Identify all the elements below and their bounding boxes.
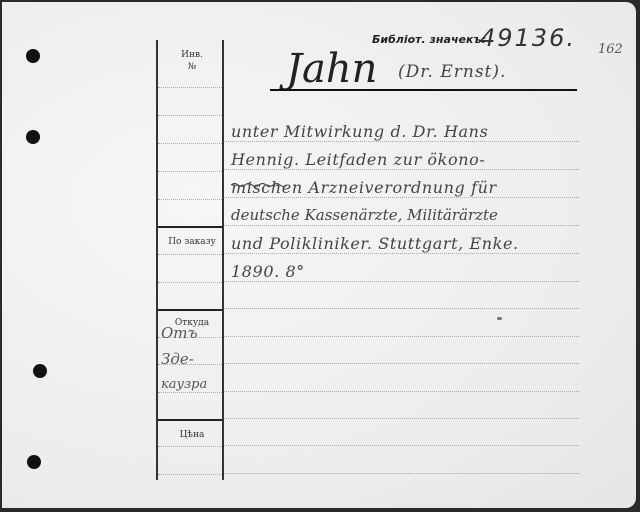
shelf-mark-number: 49136. [480,24,576,52]
corner-note: 162 [598,42,623,57]
row-rule [224,141,579,142]
entry-line-1: unter Mitwirkung d. Dr. Hans [231,122,488,141]
catalog-card: Инв. № По заказу Откуда Цѣна Отъ Зде- ка… [2,2,636,508]
column-rule-left [156,40,158,480]
inventory-number-label: № [159,62,225,72]
row-rule [224,308,579,309]
shelf-mark-label: Библiот. значекъ: [372,33,486,46]
source-note-line-1: Отъ [161,324,198,342]
punch-hole [26,49,40,63]
row-rule [158,282,222,283]
row-rule [158,143,222,144]
row-rule [224,225,579,226]
row-rule [224,391,579,392]
entry-line-3: mischen Arzneiverordnung für [231,178,497,197]
author-underline [270,89,577,91]
row-rule [224,253,579,254]
order-label: По заказу [159,237,225,247]
row-rule [224,169,579,170]
section-divider [158,226,222,228]
row-rule [224,197,579,198]
row-rule [224,363,579,364]
author-detail: (Dr. Ernst). [398,62,506,82]
row-rule [158,171,222,172]
row-rule [224,418,579,419]
section-divider [158,309,222,311]
source-note-line-2: Зде- [161,350,194,368]
price-label: Цѣна [159,430,225,440]
author-surname: Jahn [286,46,377,92]
section-divider [158,419,222,421]
row-rule [224,445,579,446]
punch-hole [33,364,47,378]
entry-line-5: und Polikliniker. Stuttgart, Enke. [231,234,519,253]
column-rule-right [222,40,224,480]
row-rule [158,392,222,393]
entry-line-6: 1890. 8° [231,262,305,281]
row-rule [224,281,579,282]
ink-spot [497,317,502,320]
source-note-line-3: каузра [161,377,207,392]
row-rule [224,473,579,474]
row-rule [158,87,222,88]
row-rule [158,446,222,447]
row-rule [158,115,222,116]
entry-line-2: Hennig. Leitfaden zur ökono- [231,150,485,169]
entry-line-4: deutsche Kassenärzte, Militärärzte [231,206,498,224]
row-rule [158,474,222,475]
row-rule [224,336,579,337]
row-rule [158,199,222,200]
row-rule [158,254,222,255]
punch-hole [26,130,40,144]
inventory-label: Инв. [159,50,225,60]
punch-hole [27,455,41,469]
